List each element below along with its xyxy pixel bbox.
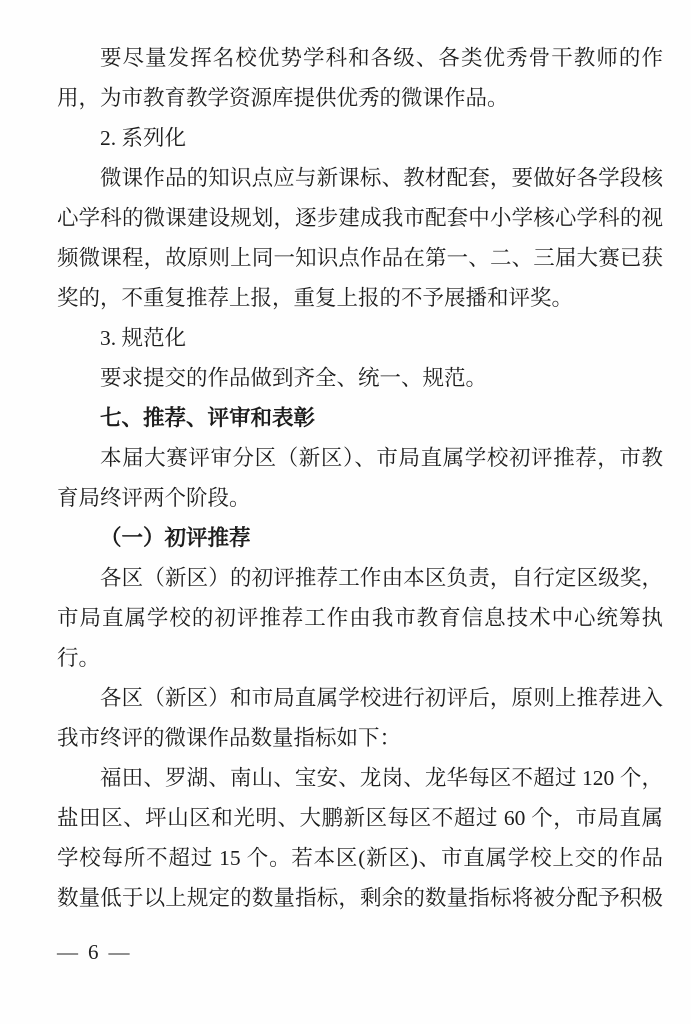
page-footer: —6— (57, 938, 130, 966)
text-line: 本届大赛评审分区（新区）、市局直属学校初评推荐，市教 (57, 438, 663, 478)
text-line: 要求提交的作品做到齐全、统一、规范。 (57, 358, 663, 398)
text-line: 频微课程，故原则上同一知识点作品在第一、二、三届大赛已获 (57, 238, 663, 278)
page-number: 6 (88, 938, 99, 966)
text-line: 要尽量发挥名校优势学科和各级、各类优秀骨干教师的作 (57, 38, 663, 78)
text-line: 用，为市教育教学资源库提供优秀的微课作品。 (57, 78, 663, 118)
text-line: 数量低于以上规定的数量指标，剩余的数量指标将被分配予积极 (57, 878, 663, 918)
text-line: 福田、罗湖、南山、宝安、龙岗、龙华每区不超过 120 个， (57, 758, 663, 798)
text-line: 我市终评的微课作品数量指标如下： (57, 718, 663, 758)
text-line: 育局终评两个阶段。 (57, 478, 663, 518)
footer-dash-right: — (109, 938, 130, 966)
text-line: 微课作品的知识点应与新课标、教材配套，要做好各学段核 (57, 158, 663, 198)
list-item-heading: 2. 系列化 (57, 118, 663, 158)
subsection-heading: （一）初评推荐 (57, 518, 663, 558)
text-line: 各区（新区）和市局直属学校进行初评后，原则上推荐进入 (57, 678, 663, 718)
document-body: 要尽量发挥名校优势学科和各级、各类优秀骨干教师的作 用，为市教育教学资源库提供优… (57, 38, 663, 918)
text-line: 学校每所不超过 15 个。若本区(新区)、市直属学校上交的作品 (57, 838, 663, 878)
text-line: 各区（新区）的初评推荐工作由本区负责，自行定区级奖， (57, 558, 663, 598)
text-line: 市局直属学校的初评推荐工作由我市教育信息技术中心统筹执 (57, 598, 663, 638)
text-line: 心学科的微课建设规划，逐步建成我市配套中小学核心学科的视 (57, 198, 663, 238)
list-item-heading: 3. 规范化 (57, 318, 663, 358)
section-heading: 七、推荐、评审和表彰 (57, 398, 663, 438)
text-line: 盐田区、坪山区和光明、大鹏新区每区不超过 60 个，市局直属 (57, 798, 663, 838)
text-line: 行。 (57, 638, 663, 678)
footer-dash-left: — (57, 938, 78, 966)
text-line: 奖的，不重复推荐上报，重复上报的不予展播和评奖。 (57, 278, 663, 318)
document-page: 要尽量发挥名校优势学科和各级、各类优秀骨干教师的作 用，为市教育教学资源库提供优… (0, 0, 691, 1024)
